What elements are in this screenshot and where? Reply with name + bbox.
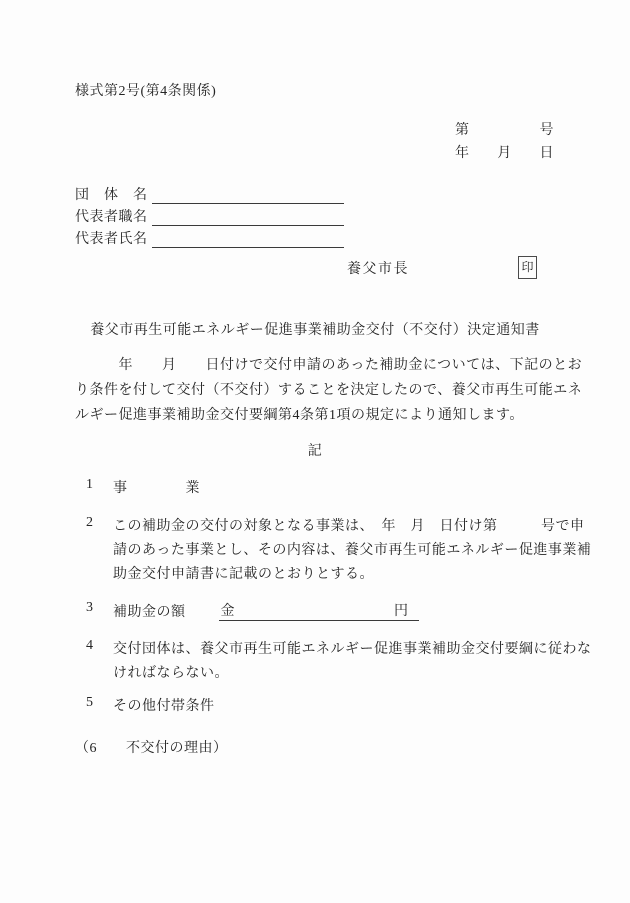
list-item-2: 2 この補助金の交付の対象となる事業は、 年 月 日付け第 号で申 請のあった事… <box>86 515 591 587</box>
ki-marker: 記 <box>0 440 630 460</box>
body-line: ルギー促進事業補助金交付要綱第4条第1項の規定により通知します。 <box>75 403 582 428</box>
list-item-5: 5 その他付帯条件 <box>86 695 215 715</box>
representative-name-label: 代表者氏名 <box>75 228 149 248</box>
item-3-label: 補助金の額 <box>113 601 186 621</box>
item-5-number: 5 <box>86 695 113 715</box>
item-4-line: 交付団体は、養父市再生可能エネルギー促進事業補助金交付要綱に従わな <box>113 638 592 662</box>
group-name-blank-line <box>152 186 344 204</box>
representative-title-blank-line <box>152 208 344 226</box>
list-item-3: 3 補助金の額 金 円 <box>86 600 419 621</box>
item-2-line: この補助金の交付の対象となる事業は、 年 月 日付け第 号で申 <box>113 515 591 539</box>
issuer-mayor-name: 養父市長 <box>347 258 409 278</box>
item-1-number: 1 <box>86 477 113 497</box>
amount-prefix: 金 <box>221 600 236 620</box>
item-2-number: 2 <box>86 515 113 587</box>
representative-name-blank-line <box>152 230 344 248</box>
form-number: 様式第2号(第4条関係) <box>75 80 216 100</box>
item-2-line: 助金交付申請書に記載のとおりとする。 <box>113 563 591 587</box>
date-day-label: 日 <box>540 142 555 162</box>
item-3-number: 3 <box>86 600 113 621</box>
seal-placeholder: 印 <box>518 256 537 279</box>
list-item-4: 4 交付団体は、養父市再生可能エネルギー促進事業補助金交付要綱に従わな ければな… <box>86 638 592 686</box>
date-month-label: 月 <box>497 142 512 162</box>
group-name-row: 団 体 名 <box>75 182 344 204</box>
date-year-label: 年 <box>455 142 470 162</box>
body-paragraph: 年 月 日付けで交付申請のあった補助金については、下記のとお り条件を付して交付… <box>75 353 582 428</box>
item-1-text: 事 業 <box>113 477 200 497</box>
notification-document-page: 様式第2号(第4条関係) 第 号 年 月 日 団 体 名 代表者職名 代表者氏名… <box>0 0 630 903</box>
representative-title-label: 代表者職名 <box>75 206 149 226</box>
body-line: り条件を付して交付（不交付）することを決定したので、養父市再生可能エネ <box>75 378 582 403</box>
document-number-line: 第 号 <box>455 119 554 139</box>
item-5-text: その他付帯条件 <box>113 695 215 715</box>
group-name-label: 団 体 名 <box>75 184 149 204</box>
document-number-suffix: 号 <box>540 119 555 139</box>
date-line: 年 月 日 <box>455 142 554 162</box>
list-item-1: 1 事 業 <box>86 477 200 497</box>
representative-name-row: 代表者氏名 <box>75 226 344 248</box>
list-item-6: （6 不交付の理由） <box>75 737 228 757</box>
addressee-block: 団 体 名 代表者職名 代表者氏名 <box>75 182 344 248</box>
body-line: 年 月 日付けで交付申請のあった補助金については、下記のとお <box>75 353 582 378</box>
document-title: 養父市再生可能エネルギー促進事業補助金交付（不交付）決定通知書 <box>0 319 630 339</box>
document-number-prefix: 第 <box>455 119 470 139</box>
amount-suffix: 円 <box>394 600 409 620</box>
representative-title-row: 代表者職名 <box>75 204 344 226</box>
amount-blank-field: 金 円 <box>219 600 419 621</box>
item-4-number: 4 <box>86 638 113 686</box>
item-6-text: （6 不交付の理由） <box>75 741 228 756</box>
item-4-line: ければならない。 <box>113 662 592 686</box>
item-2-line: 請のあった事業とし、その内容は、養父市再生可能エネルギー促進事業補 <box>113 539 591 563</box>
